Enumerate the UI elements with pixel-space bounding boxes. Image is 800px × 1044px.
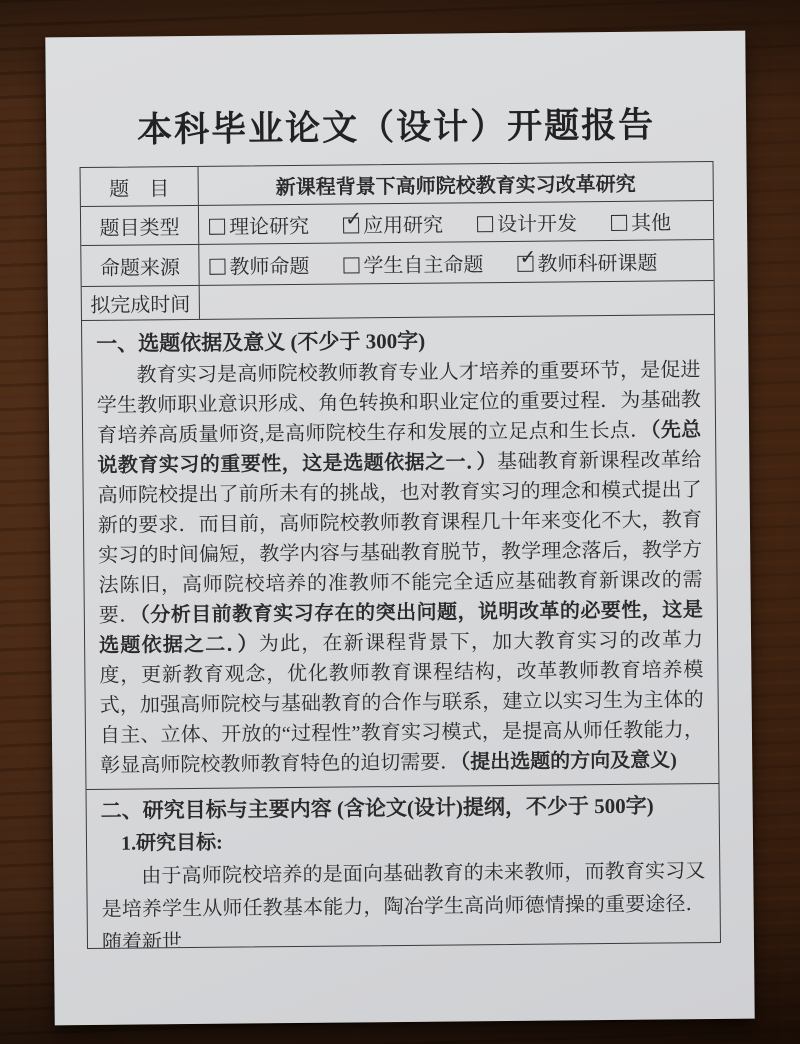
topic-type-label: 题目类型 bbox=[81, 206, 199, 245]
section1-heading: 一、选题依据及意义 (不少于 300字) bbox=[96, 321, 700, 361]
topic-label: 题 目 bbox=[81, 167, 199, 206]
table-row-topic-type: 题目类型 理论研究应用研究设计开发其他 bbox=[81, 201, 713, 246]
source-options: 教师命题学生自主命题教师科研课题 bbox=[199, 245, 713, 279]
section1-paragraph: 教育实习是高师院校教师教育专业人才培养的重要环节，是促进学生教师职业意识形成、角… bbox=[96, 355, 704, 781]
table-row-topic: 题 目 新课程背景下高师院校教育实习改革研究 bbox=[81, 162, 713, 207]
section2-paragraph: 由于高师院校培养的是面向基础教育的未来教师，而教育实习又是培养学生从师任教基本能… bbox=[101, 855, 706, 948]
section-basis-and-significance: 一、选题依据及意义 (不少于 300字) 教育实习是高师院校教师教育专业人才培养… bbox=[82, 315, 718, 790]
checkbox-icon bbox=[611, 214, 627, 230]
option-label: 设计开发 bbox=[497, 213, 577, 236]
section-goals-and-content: 二、研究目标与主要内容 (含论文(设计)提纲，不少于 500字) 1.研究目标:… bbox=[87, 784, 720, 948]
option-label: 理论研究 bbox=[229, 215, 309, 238]
option-label: 应用研究 bbox=[363, 214, 443, 237]
checkbox-option: 设计开发 bbox=[477, 207, 577, 237]
checkbox-icon bbox=[209, 218, 225, 234]
text-run: 教育实习是高师院校教师教育专业人才培养的重要环节，是促进学生教师职业意识形成、角… bbox=[97, 359, 701, 447]
checkbox-icon bbox=[209, 258, 225, 274]
option-label: 教师命题 bbox=[229, 255, 309, 278]
option-label: 其他 bbox=[631, 212, 671, 234]
page-title: 本科毕业论文（设计）开题报告 bbox=[46, 97, 746, 154]
paper-sheet: 本科毕业论文（设计）开题报告 题 目 新课程背景下高师院校教育实习改革研究 题目… bbox=[45, 31, 754, 1026]
checkbox-option: 学生自主命题 bbox=[343, 248, 483, 278]
checkbox-option: 教师科研课题 bbox=[517, 246, 657, 276]
checkbox-icon bbox=[477, 216, 493, 232]
proposal-table: 题 目 新课程背景下高师院校教育实习改革研究 题目类型 理论研究应用研究设计开发… bbox=[80, 161, 721, 949]
option-label: 教师科研课题 bbox=[537, 252, 657, 275]
annotation-bold-run: （提出选题的方向及意义) bbox=[460, 749, 677, 773]
photo-of-document: { "document": { "title": "本科毕业论文（设计）开题报告… bbox=[0, 0, 800, 1044]
checkbox-option: 理论研究 bbox=[209, 209, 309, 239]
topic-type-options: 理论研究应用研究设计开发其他 bbox=[199, 205, 713, 239]
topic-value: 新课程背景下高师院校教育实习改革研究 bbox=[199, 166, 713, 200]
source-label: 命题来源 bbox=[81, 245, 199, 286]
deadline-value bbox=[200, 297, 714, 302]
table-row-source: 命题来源 教师命题学生自主命题教师科研课题 bbox=[81, 240, 713, 287]
option-label: 学生自主命题 bbox=[363, 254, 483, 277]
text-run: 由于高师院校培养的是面向基础教育的未来教师，而教育实习又是培养学生从师任教基本能… bbox=[102, 860, 706, 948]
checkbox-icon bbox=[343, 257, 359, 273]
checkbox-option: 教师命题 bbox=[209, 249, 309, 279]
checkbox-checked-icon bbox=[343, 217, 359, 233]
checkbox-option: 其他 bbox=[611, 206, 671, 236]
checkbox-option: 应用研究 bbox=[343, 208, 443, 238]
deadline-label: 拟完成时间 bbox=[82, 286, 200, 320]
checkbox-checked-icon bbox=[517, 255, 533, 271]
section2-heading: 二、研究目标与主要内容 (含论文(设计)提纲，不少于 500字) bbox=[101, 788, 705, 828]
